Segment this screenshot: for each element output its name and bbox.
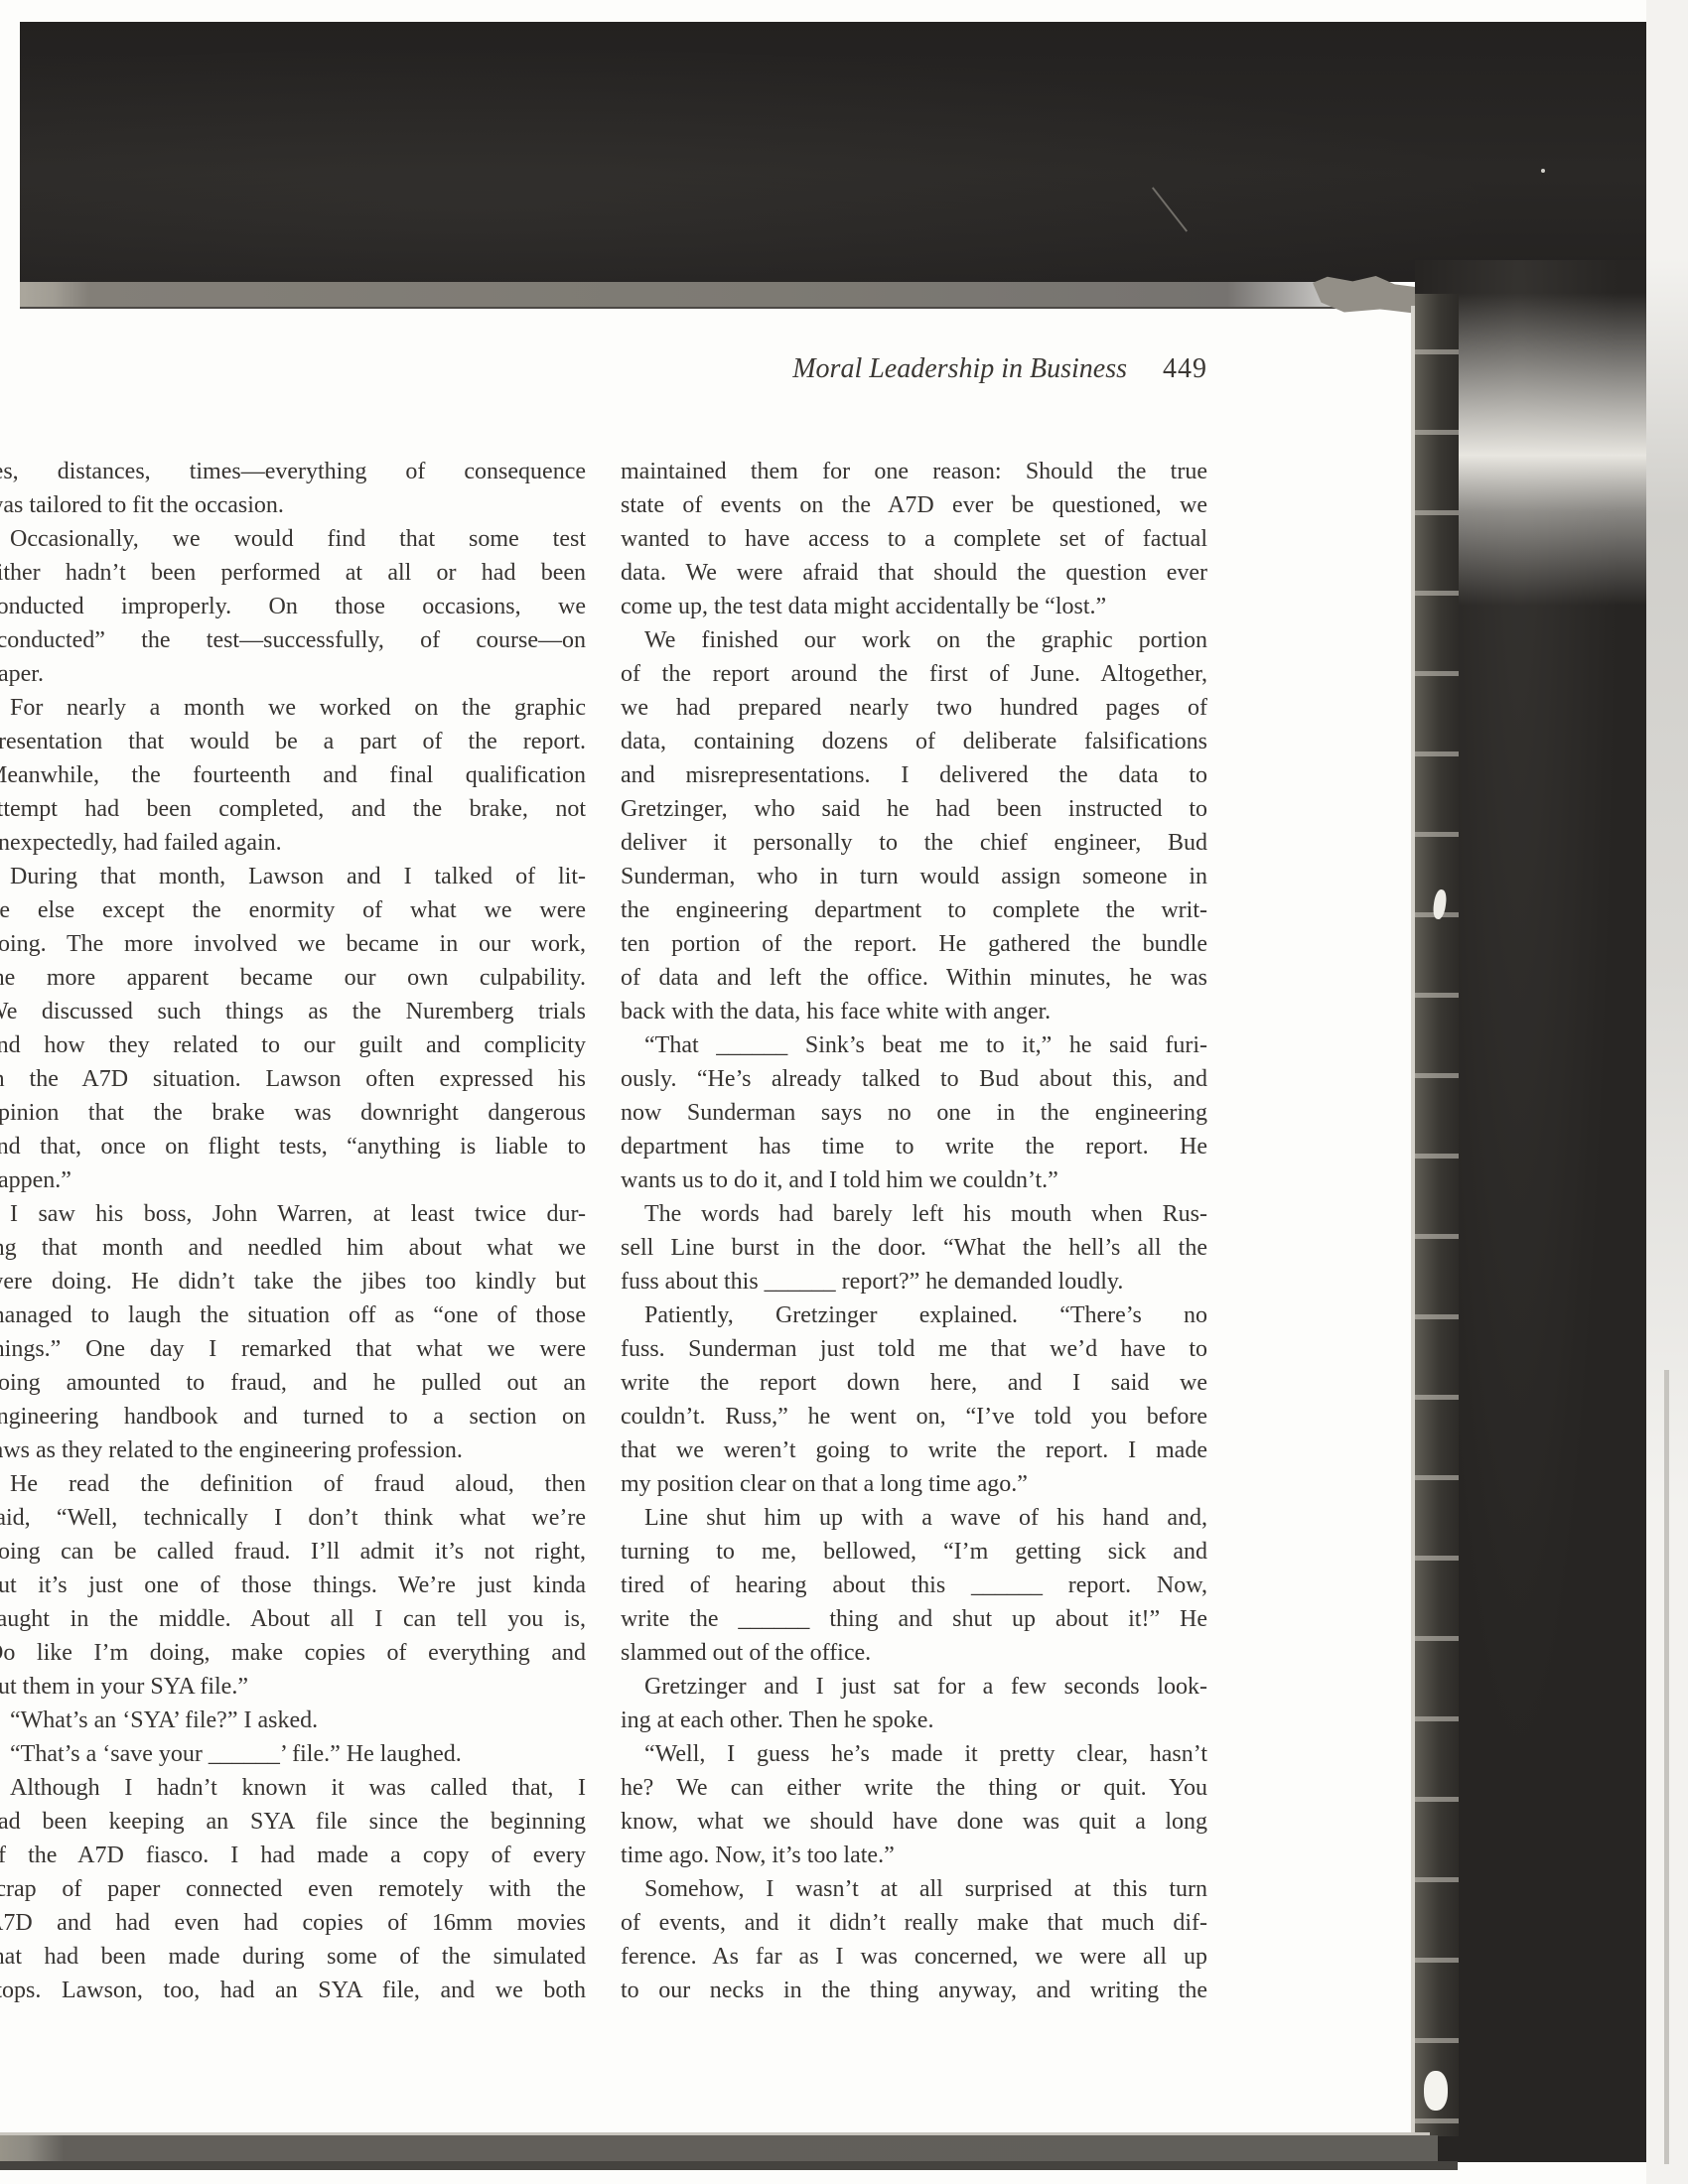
binding-tape-mark (1424, 2071, 1448, 2111)
text-line: Sunderman, who in turn would assign some… (621, 860, 1207, 893)
cover-edge-strip (20, 282, 1392, 309)
text-line: I saw his boss, John Warren, at least tw… (0, 1197, 586, 1231)
running-head-title: Moral Leadership in Business (792, 353, 1127, 384)
text-line: and misrepresentations. I delivered the … (621, 758, 1207, 792)
text-line: attempt had been completed, and the brak… (0, 792, 586, 826)
text-line: ten portion of the report. He gathered t… (621, 927, 1207, 961)
text-line: we had prepared nearly two hundred pages… (621, 691, 1207, 725)
text-line: fuss. Sunderman just told me that we’d h… (621, 1332, 1207, 1366)
text-line: write the ______ thing and shut up about… (621, 1602, 1207, 1636)
text-line: sell Line burst in the door. “What the h… (621, 1231, 1207, 1265)
text-line: presentation that would be a part of the… (0, 725, 586, 758)
text-line: wants us to do it, and I told him we cou… (621, 1163, 1207, 1197)
text-line: He read the definition of fraud aloud, t… (0, 1467, 586, 1501)
text-line: data, containing dozens of deliberate fa… (621, 725, 1207, 758)
text-line: “That’s a ‘save your ______’ file.” He l… (0, 1737, 586, 1771)
text-line: write the report down here, and I said w… (621, 1366, 1207, 1400)
text-line: of the report around the first of June. … (621, 657, 1207, 691)
text-line: state of events on the A7D ever be quest… (621, 488, 1207, 522)
text-line: ously. “He’s already talked to Bud about… (621, 1062, 1207, 1096)
scan-edge-line (1664, 1370, 1669, 2164)
text-line: the more apparent became our own culpabi… (0, 961, 586, 995)
text-line: conducted improperly. On those occasions… (0, 590, 586, 623)
bottom-strip-shadow (0, 2161, 1458, 2170)
text-line: We discussed such things as the Nurember… (0, 995, 586, 1028)
text-line: in the A7D situation. Lawson often expre… (0, 1062, 586, 1096)
text-line: laws as they related to the engineering … (0, 1433, 586, 1467)
page-edge-highlight (1411, 306, 1415, 2134)
text-line: A7D and had even had copies of 16mm movi… (0, 1906, 586, 1940)
text-line: We finished our work on the graphic port… (621, 623, 1207, 657)
scanned-book-page: Moral Leadership in Business449 ies, dis… (0, 0, 1688, 2184)
book-cover-bottom-strip (0, 2135, 1438, 2161)
text-line: slammed out of the office. (621, 1636, 1207, 1670)
text-line: During that month, Lawson and I talked o… (0, 860, 586, 893)
text-line: unexpectedly, had failed again. (0, 826, 586, 860)
text-line: Line shut him up with a wave of his hand… (621, 1501, 1207, 1535)
text-line: of events, and it didn’t really make tha… (621, 1906, 1207, 1940)
text-line: were doing. He didn’t take the jibes too… (0, 1265, 586, 1298)
text-line: Gretzinger, who said he had been instruc… (621, 792, 1207, 826)
text-line: doing can be called fraud. I’ll admit it… (0, 1535, 586, 1569)
text-line: and how they related to our guilt and co… (0, 1028, 586, 1062)
text-line: doing amounted to fraud, and he pulled o… (0, 1366, 586, 1400)
text-line: had been keeping an SYA file since the b… (0, 1805, 586, 1839)
text-line: “conducted” the test—successfully, of co… (0, 623, 586, 657)
text-line: wanted to have access to a complete set … (621, 522, 1207, 556)
text-line: but it’s just one of those things. We’re… (0, 1569, 586, 1602)
text-line: For nearly a month we worked on the grap… (0, 691, 586, 725)
text-line: couldn’t. Russ,” he went on, “I’ve told … (621, 1400, 1207, 1433)
text-line: Gretzinger and I just sat for a few seco… (621, 1670, 1207, 1704)
text-line: maintained them for one reason: Should t… (621, 455, 1207, 488)
text-line: either hadn’t been performed at all or h… (0, 556, 586, 590)
text-line: ies, distances, times—everything of cons… (0, 455, 586, 488)
text-line: Although I hadn’t known it was called th… (0, 1771, 586, 1805)
text-line: things.” One day I remarked that what we… (0, 1332, 586, 1366)
text-line: Meanwhile, the fourteenth and final qual… (0, 758, 586, 792)
text-line: turning to me, bellowed, “I’m getting si… (621, 1535, 1207, 1569)
running-head: Moral Leadership in Business449 (621, 349, 1207, 389)
text-column-right: maintained them for one reason: Should t… (621, 455, 1207, 2007)
text-line: my position clear on that a long time ag… (621, 1467, 1207, 1501)
text-line: and that, once on flight tests, “anythin… (0, 1130, 586, 1163)
text-line: “What’s an ‘SYA’ file?” I asked. (0, 1704, 586, 1737)
text-line: fuss about this ______ report?” he deman… (621, 1265, 1207, 1298)
text-line: deliver it personally to the chief engin… (621, 826, 1207, 860)
text-line: time ago. Now, it’s too late.” (621, 1839, 1207, 1872)
text-column-left: ies, distances, times—everything of cons… (0, 455, 586, 2007)
text-line: tired of hearing about this ______ repor… (621, 1569, 1207, 1602)
text-line: engineering handbook and turned to a sec… (0, 1400, 586, 1433)
text-line: that we weren’t going to write the repor… (621, 1433, 1207, 1467)
text-line: come up, the test data might accidentall… (621, 590, 1207, 623)
text-line: managed to laugh the situation off as “o… (0, 1298, 586, 1332)
text-line: put them in your SYA file.” (0, 1670, 586, 1704)
text-line: opinion that the brake was downright dan… (0, 1096, 586, 1130)
text-line: caught in the middle. About all I can te… (0, 1602, 586, 1636)
text-line: scrap of paper connected even remotely w… (0, 1872, 586, 1906)
text-line: Patiently, Gretzinger explained. “There’… (621, 1298, 1207, 1332)
text-line: The words had barely left his mouth when… (621, 1197, 1207, 1231)
text-line: happen.” (0, 1163, 586, 1197)
text-line: ing that month and needled him about wha… (0, 1231, 586, 1265)
text-line: doing. The more involved we became in ou… (0, 927, 586, 961)
text-line: said, “Well, technically I don’t think w… (0, 1501, 586, 1535)
text-line: data. We were afraid that should the que… (621, 556, 1207, 590)
text-line: “That ______ Sink’s beat me to it,” he s… (621, 1028, 1207, 1062)
text-line: now Sunderman says no one in the enginee… (621, 1096, 1207, 1130)
text-line: he? We can either write the thing or qui… (621, 1771, 1207, 1805)
text-line: tle else except the enormity of what we … (0, 893, 586, 927)
text-line: ing at each other. Then he spoke. (621, 1704, 1207, 1737)
text-line: back with the data, his face white with … (621, 995, 1207, 1028)
text-line: that had been made during some of the si… (0, 1940, 586, 1974)
dust-speck (1541, 169, 1545, 173)
text-line: of data and left the office. Within minu… (621, 961, 1207, 995)
text-line: of the A7D fiasco. I had made a copy of … (0, 1839, 586, 1872)
text-line: the engineering department to complete t… (621, 893, 1207, 927)
text-line: Somehow, I wasn’t at all surprised at th… (621, 1872, 1207, 1906)
scanner-light-reflection (1442, 293, 1646, 606)
text-line: ference. As far as I was concerned, we w… (621, 1940, 1207, 1974)
text-line: Do like I’m doing, make copies of everyt… (0, 1636, 586, 1670)
text-line: was tailored to fit the occasion. (0, 488, 586, 522)
text-line: “Well, I guess he’s made it pretty clear… (621, 1737, 1207, 1771)
text-line: paper. (0, 657, 586, 691)
text-line: department has time to write the report.… (621, 1130, 1207, 1163)
book-cover-top-band (20, 22, 1646, 282)
text-line: stops. Lawson, too, had an SYA file, and… (0, 1974, 586, 2007)
text-line: Occasionally, we would find that some te… (0, 522, 586, 556)
text-line: to our necks in the thing anyway, and wr… (621, 1974, 1207, 2007)
page-number: 449 (1163, 353, 1207, 384)
text-line: know, what we should have done was quit … (621, 1805, 1207, 1839)
binding-spine (1415, 294, 1459, 2136)
